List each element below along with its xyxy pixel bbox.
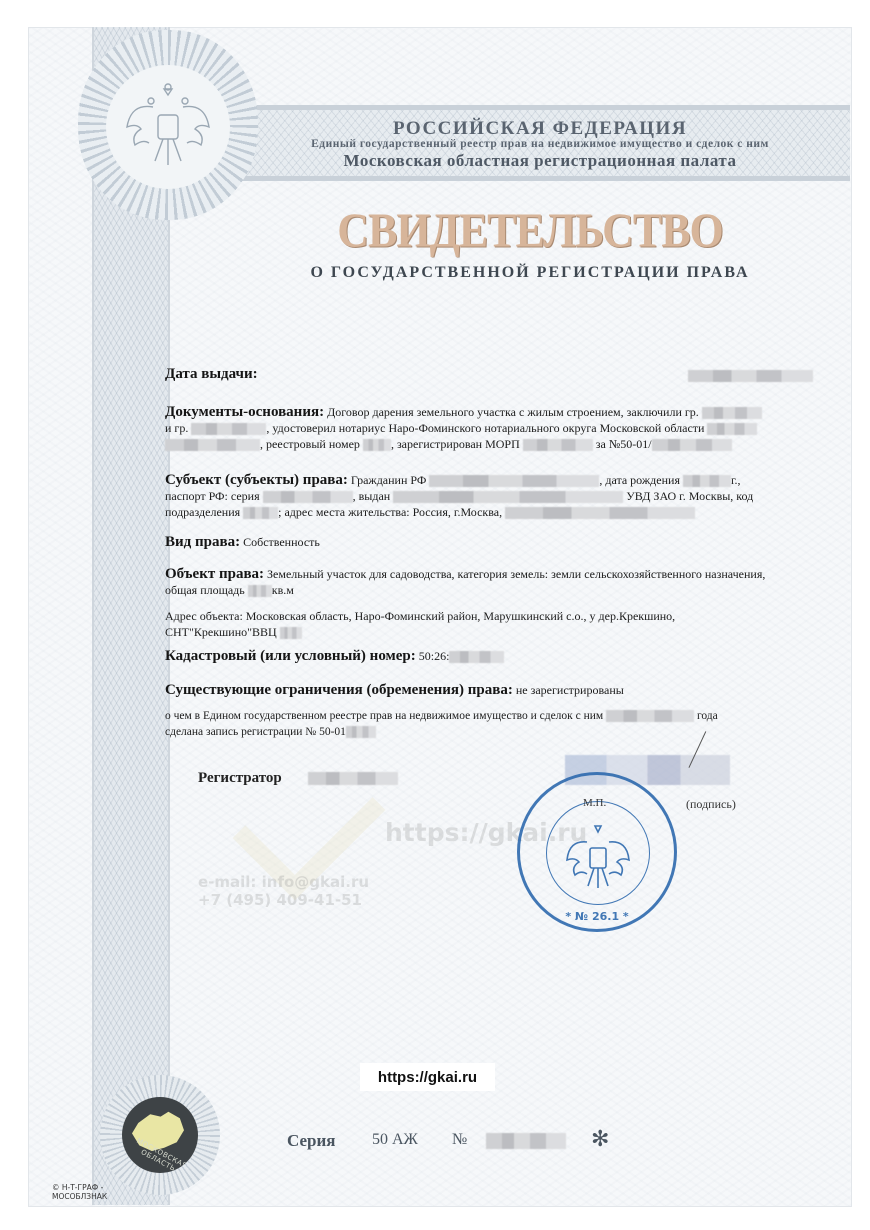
redacted-name <box>702 407 762 419</box>
redacted-record-id <box>346 726 376 738</box>
stamp-eagle-icon <box>547 814 649 911</box>
redacted-notary <box>165 439 260 451</box>
record-text: года <box>697 710 718 722</box>
redacted-plot-number <box>280 627 302 639</box>
header-registry: Единый государственный реестр прав на не… <box>230 138 850 150</box>
restrictions-value: не зарегистрированы <box>516 683 624 697</box>
object-area-unit: кв.м <box>272 583 294 597</box>
document-title: СВИДЕТЕЛЬСТВО <box>250 202 810 258</box>
object-row: Объект права: Земельный участок для садо… <box>165 566 817 598</box>
redacted-division-code <box>243 507 278 519</box>
subject-text: подразделения <box>165 505 240 519</box>
subject-text: Гражданин РФ <box>351 473 426 487</box>
object-address: СНТ"Крекшино"ВВЦ <box>165 625 277 639</box>
subject-text: ; адрес места жительства: Россия, г.Моск… <box>278 505 502 519</box>
basis-documents-text: за №50-01/ <box>596 437 652 451</box>
stamp-inner-ring <box>546 801 650 905</box>
copyright-line: МОСОБЛЗНАК <box>52 1192 107 1201</box>
basis-documents-row: Документы-основания: Договор дарения зем… <box>165 404 817 452</box>
redacted-certificate-number <box>486 1133 566 1149</box>
subject-text: паспорт РФ: серия <box>165 489 260 503</box>
subject-text: , дата рождения <box>599 473 680 487</box>
redacted-date <box>523 439 593 451</box>
object-label: Объект права: <box>165 566 264 582</box>
issue-date-label: Дата выдачи: <box>165 366 258 382</box>
subject-row: Субъект (субъекты) права: Гражданин РФ ,… <box>165 472 817 520</box>
issue-date-redacted <box>688 370 813 382</box>
cadastral-value: 50:26: <box>419 649 450 663</box>
watermark-phone: +7 (495) 409-41-51 <box>198 891 362 909</box>
copyright-line: © Н-Т-ГРАФ - <box>52 1183 107 1192</box>
record-text: о чем в Едином государственном реестре п… <box>165 710 603 722</box>
registrar-label: Регистратор <box>198 770 282 787</box>
cadastral-label: Кадастровый (или условный) номер: <box>165 648 416 664</box>
subject-text: г., <box>731 473 741 487</box>
overlay-url: https://gkai.ru <box>360 1063 495 1091</box>
redacted-issuer <box>393 491 623 503</box>
record-row: о чем в Едином государственном реестре п… <box>165 708 817 740</box>
basis-documents-text: , удостоверил нотариус Наро-Фоминского н… <box>266 421 704 435</box>
basis-documents-text: и гр. <box>165 421 188 435</box>
redacted-record-number <box>652 439 732 451</box>
redacted-area <box>248 585 272 597</box>
coat-of-arms-icon <box>106 65 230 189</box>
right-type-value: Собственность <box>243 535 320 549</box>
redacted-name <box>191 423 266 435</box>
redacted-cadastral <box>449 651 504 663</box>
document-subtitle: О ГОСУДАРСТВЕННОЙ РЕГИСТРАЦИИ ПРАВА <box>250 264 810 282</box>
basis-documents-label: Документы-основания: <box>165 404 324 420</box>
redacted-record-date <box>606 710 694 722</box>
redacted-registrar-name <box>308 772 398 785</box>
restrictions-row: Существующие ограничения (обременения) п… <box>165 682 817 698</box>
cadastral-row: Кадастровый (или условный) номер: 50:26: <box>165 648 817 664</box>
series-value: 50 АЖ <box>372 1131 418 1149</box>
header-chamber: Московская областная регистрационная пал… <box>230 151 850 171</box>
issue-date-row: Дата выдачи: <box>165 366 817 382</box>
watermark-email: e-mail: info@gkai.ru <box>198 873 369 891</box>
redacted-notary <box>707 423 757 435</box>
redacted-owner-name <box>429 475 599 487</box>
restrictions-label: Существующие ограничения (обременения) п… <box>165 682 513 698</box>
signature-label: (подпись) <box>686 797 736 812</box>
moscow-region-emblem: МОСКОВСКАЯ ОБЛАСТЬ <box>100 1075 220 1195</box>
subject-label: Субъект (субъекты) права: <box>165 472 348 488</box>
redacted-passport <box>263 491 353 503</box>
star-icon: ✻ <box>591 1126 609 1152</box>
redacted-registry-number <box>363 439 391 451</box>
header-country: РОССИЙСКАЯ ФЕДЕРАЦИЯ <box>230 118 850 140</box>
record-text: сделана запись регистрации № 50-01 <box>165 726 346 738</box>
object-address: Адрес объекта: Московская область, Наро-… <box>165 609 675 623</box>
right-type-label: Вид права: <box>165 534 240 550</box>
number-label: № <box>452 1131 467 1149</box>
seal-place-label: М.П. <box>583 797 606 809</box>
object-address-row: Адрес объекта: Московская область, Наро-… <box>165 608 817 640</box>
subject-text: УВД ЗАО г. Москвы, код <box>626 489 753 503</box>
object-area-label: общая площадь <box>165 583 245 597</box>
basis-documents-text: , зарегистрирован МОРП <box>391 437 520 451</box>
redacted-address <box>505 507 695 519</box>
stamp-number: * № 26.1 * <box>520 910 674 923</box>
object-description: Земельный участок для садоводства, катег… <box>267 567 765 581</box>
printer-copyright: © Н-Т-ГРАФ - МОСОБЛЗНАК <box>52 1183 107 1201</box>
subject-text: , выдан <box>353 489 391 503</box>
basis-documents-text: , реестровый номер <box>260 437 360 451</box>
moscow-region-map-icon: МОСКОВСКАЯ ОБЛАСТЬ <box>122 1097 198 1173</box>
official-stamp: МОСКОВСКАЯ ОБЛАСТНАЯ РЕГИСТРАЦИОННАЯ ПАЛ… <box>517 772 677 932</box>
redacted-birthdate <box>683 475 731 487</box>
basis-documents-text: Договор дарения земельного участка с жил… <box>327 405 699 419</box>
right-type-row: Вид права: Собственность <box>165 534 817 550</box>
series-label: Серия <box>287 1131 335 1151</box>
